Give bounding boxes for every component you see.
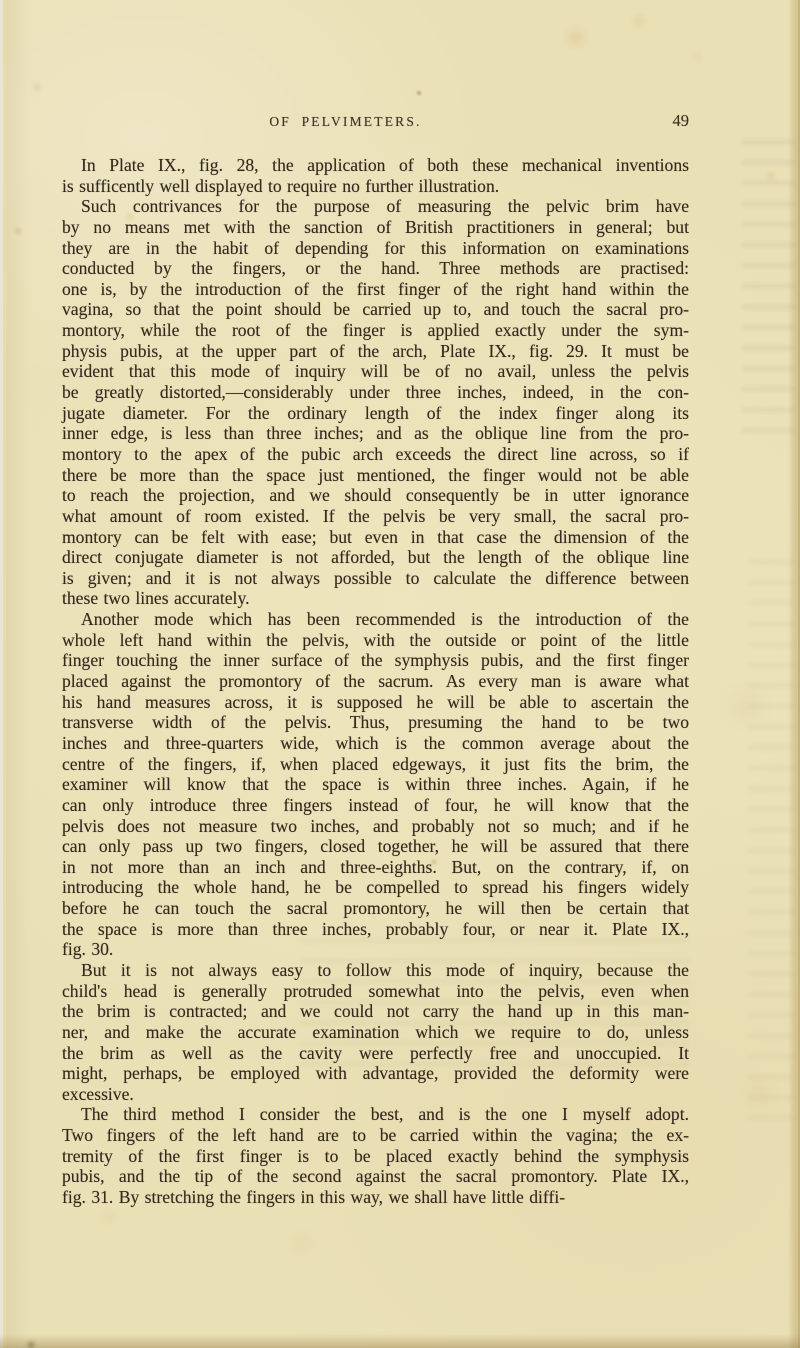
running-header-title: OF PELVIMETERS. (62, 114, 629, 130)
running-head: OF PELVIMETERS. 49 (62, 114, 689, 136)
foxing-stains (0, 0, 2, 2)
text-line: one is, by the introduction of the first… (62, 279, 689, 300)
text-line: fig. 30. (62, 939, 689, 960)
text-line: they are in the habit of depending for t… (62, 238, 689, 259)
text-line: physis pubis, at the upper part of the a… (62, 341, 689, 362)
text-line: the brim is contracted; and we could not… (62, 1001, 689, 1022)
text-line: be greatly distorted,—considerably under… (62, 382, 689, 403)
text-line: whole left hand within the pelvis, with … (62, 630, 689, 651)
text-line: can only introduce three fingers instead… (62, 795, 689, 816)
text-line: centre of the fingers, if, when placed e… (62, 754, 689, 775)
text-line: before he can touch the sacral promontor… (62, 898, 689, 919)
text-line: what amount of room existed. If the pelv… (62, 506, 689, 527)
showthrough-text-right-top (742, 140, 794, 440)
text-line: child's head is generally protruded some… (62, 981, 689, 1002)
text-line: But it is not always easy to follow this… (62, 960, 689, 981)
text-line: tremity of the first finger is to be pla… (62, 1146, 689, 1167)
page-left-edge (0, 0, 6, 1348)
text-line: inches and three-quarters wide, which is… (62, 733, 689, 754)
text-line: inner edge, is less than three inches; a… (62, 423, 689, 444)
page-right-edge (788, 0, 800, 1348)
text-line: The third method I consider the best, an… (62, 1104, 689, 1125)
text-line: placed against the promontory of the sac… (62, 671, 689, 692)
text-line: transverse width of the pelvis. Thus, pr… (62, 712, 689, 733)
text-line: montory, while the root of the finger is… (62, 320, 689, 341)
showthrough-text-right-middle (748, 560, 794, 1120)
text-line: vagina, so that the point should be carr… (62, 299, 689, 320)
text-line: can only pass up two fingers, closed tog… (62, 836, 689, 857)
page-text: In Plate IX., fig. 28, the application o… (62, 155, 689, 1208)
page-bottom-edge (0, 1334, 800, 1348)
text-line: the brim as well as the cavity were perf… (62, 1043, 689, 1064)
text-line: might, perhaps, be employed with advanta… (62, 1063, 689, 1084)
book-page: OF PELVIMETERS. 49 In Plate IX., fig. 28… (0, 0, 800, 1348)
text-line: in not more than an inch and three-eight… (62, 857, 689, 878)
text-line: introducing the whole hand, he be compel… (62, 877, 689, 898)
gutter-shadow (6, 0, 30, 1348)
text-line: jugate diameter. For the ordinary length… (62, 403, 689, 424)
text-line: direct conjugate diameter is not afforde… (62, 547, 689, 568)
text-line: evident that this mode of inquiry will b… (62, 361, 689, 382)
text-line: pubis, and the tip of the second against… (62, 1166, 689, 1187)
text-line: there be more than the space just mentio… (62, 465, 689, 486)
text-line: by no means met with the sanction of Bri… (62, 217, 689, 238)
text-line: his hand measures across, it is supposed… (62, 692, 689, 713)
page-number: 49 (673, 111, 690, 131)
text-line: pelvis does not measure two inches, and … (62, 816, 689, 837)
text-line: is given; and it is not always possible … (62, 568, 689, 589)
text-line: conducted by the fingers, or the hand. T… (62, 258, 689, 279)
text-line: fig. 31. By stretching the fingers in th… (62, 1187, 689, 1208)
text-line: In Plate IX., fig. 28, the application o… (62, 155, 689, 176)
text-line: Such contrivances for the purpose of mea… (62, 196, 689, 217)
text-line: ner, and make the accurate examination w… (62, 1022, 689, 1043)
text-line: is sufficently well displayed to require… (62, 176, 689, 197)
text-line: to reach the projection, and we should c… (62, 485, 689, 506)
text-line: montory to the apex of the pubic arch ex… (62, 444, 689, 465)
text-line: Another mode which has been recommended … (62, 609, 689, 630)
text-line: montory can be felt with ease; but even … (62, 527, 689, 548)
text-line: the space is more than three inches, pro… (62, 919, 689, 940)
text-line: excessive. (62, 1084, 689, 1105)
text-line: Two fingers of the left hand are to be c… (62, 1125, 689, 1146)
text-line: examiner will know that the space is wit… (62, 774, 689, 795)
text-line: finger touching the inner surface of the… (62, 650, 689, 671)
text-line: these two lines accurately. (62, 588, 689, 609)
